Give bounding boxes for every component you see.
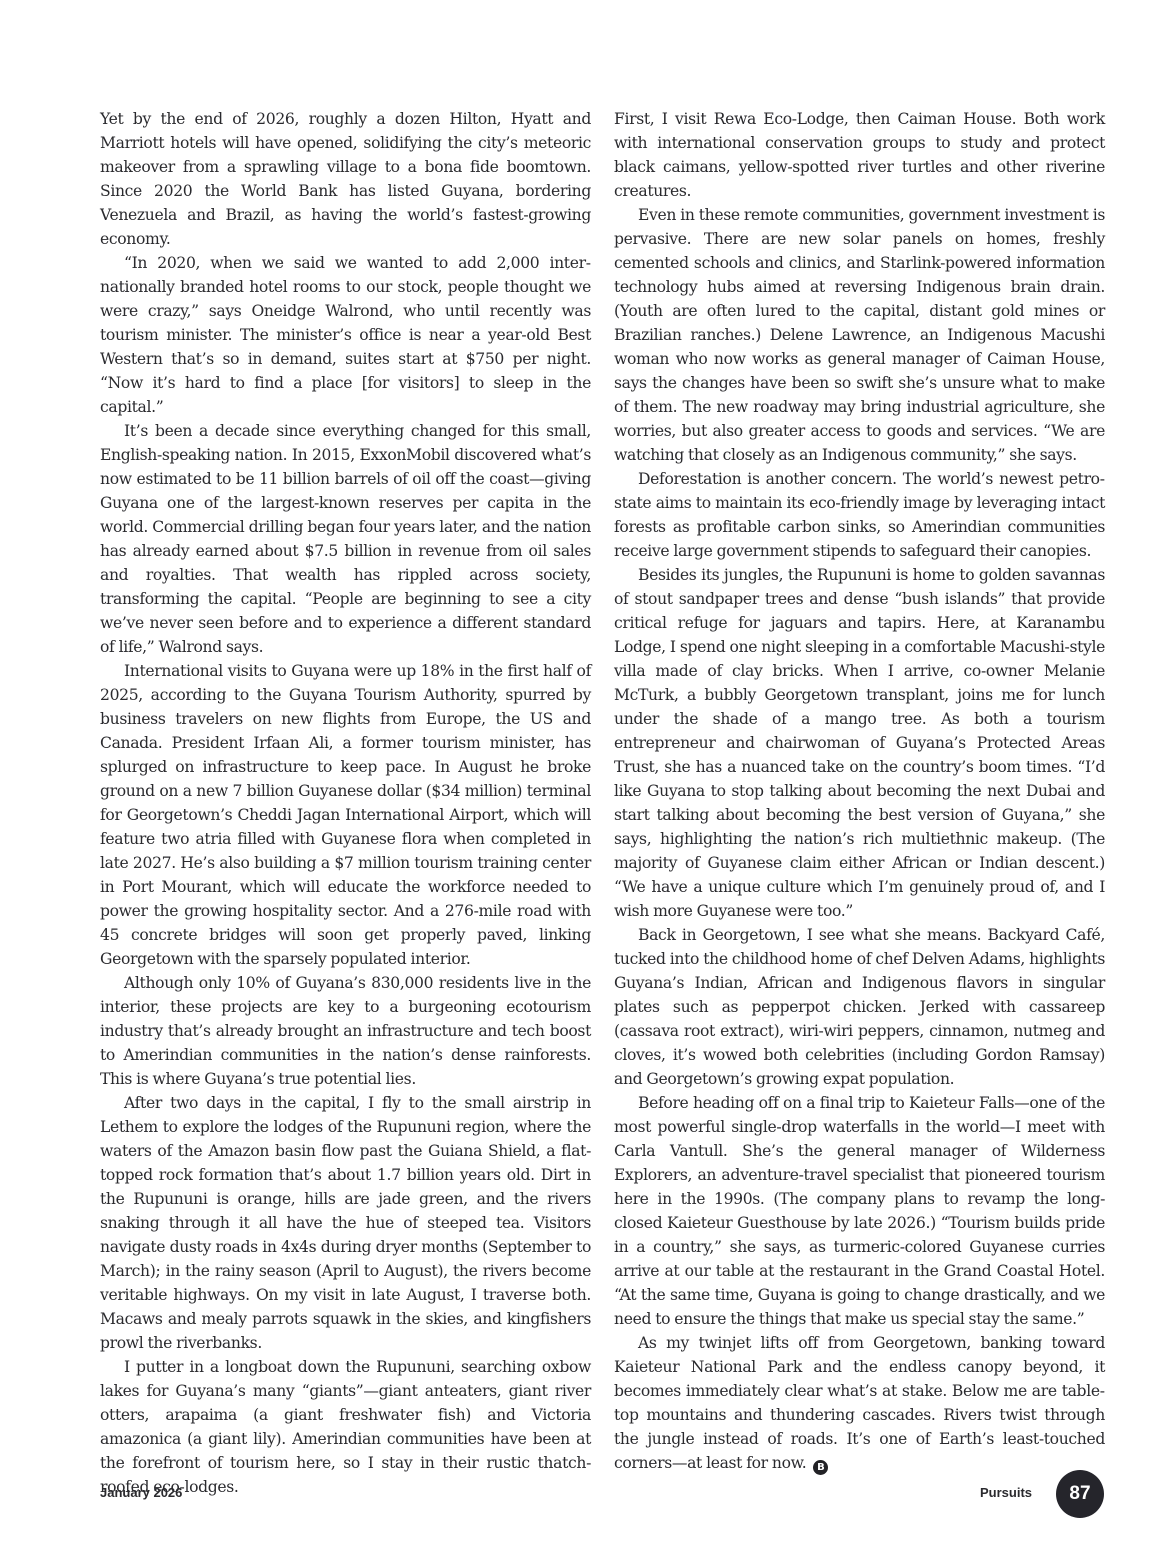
magazine-page: Yet by the end of 2026, roughly a dozen … [0, 0, 1152, 1566]
article-paragraph: Although only 10% of Guyana’s 830,000 re… [100, 971, 591, 1091]
footer-section-name: Pursuits [980, 1485, 1032, 1500]
end-mark-icon: B [813, 1460, 828, 1475]
article-column-left: Yet by the end of 2026, roughly a dozen … [100, 107, 591, 1499]
article-paragraph: International visits to Guyana were up 1… [100, 659, 591, 971]
article-paragraph-final: As my twinjet lifts off from Georgetown,… [614, 1331, 1105, 1475]
article-paragraph: Even in these remote communities, govern… [614, 203, 1105, 467]
article-paragraph: Deforestation is another concern. The wo… [614, 467, 1105, 563]
article-paragraph: Before heading off on a final trip to Ka… [614, 1091, 1105, 1331]
article-paragraph: First, I visit Rewa Eco-Lodge, then Caim… [614, 107, 1105, 203]
article-paragraph: Besides its jungles, the Rupununi is hom… [614, 563, 1105, 923]
article-paragraph: Back in Georgetown, I see what she means… [614, 923, 1105, 1091]
article-paragraph: It’s been a decade since everything chan… [100, 419, 591, 659]
article-column-right: First, I visit Rewa Eco-Lodge, then Caim… [614, 107, 1105, 1475]
article-paragraph: After two days in the capital, I fly to … [100, 1091, 591, 1355]
article-paragraph: I putter in a longboat down the Rupununi… [100, 1355, 591, 1499]
footer-date: January 2026 [100, 1485, 182, 1500]
article-paragraph: Yet by the end of 2026, roughly a dozen … [100, 107, 591, 251]
page-number-badge: 87 [1056, 1470, 1104, 1518]
final-paragraph-text: As my twinjet lifts off from Georgetown,… [614, 1334, 1105, 1472]
article-paragraph: “In 2020, when we said we wanted to add … [100, 251, 591, 419]
